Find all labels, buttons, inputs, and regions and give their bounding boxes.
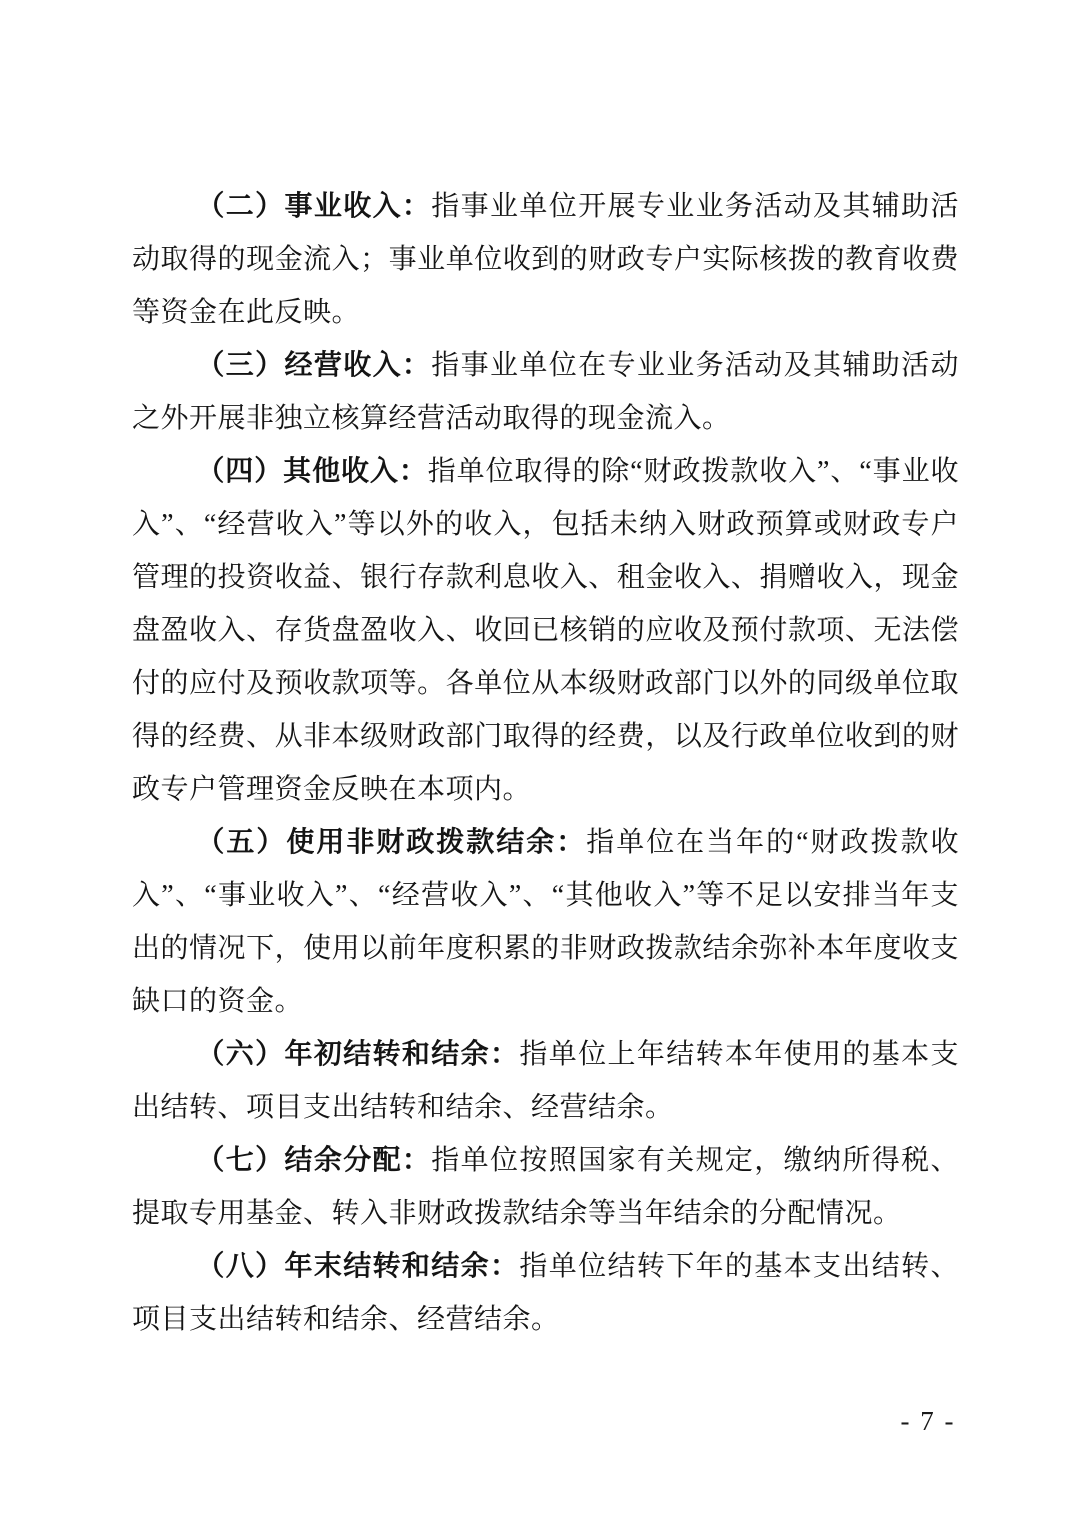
paragraph-heading: （七）结余分配：	[196, 1145, 431, 1176]
paragraph-item-3: （三）经营收入：指事业单位在专业业务活动及其辅助活动之外开展非独立核算经营活动取…	[132, 339, 959, 445]
paragraph-heading: （八）年末结转和结余：	[196, 1251, 519, 1282]
paragraph-heading: （三）经营收入：	[196, 350, 431, 381]
document-body: （二）事业收入：指事业单位开展专业业务活动及其辅助活动取得的现金流入；事业单位收…	[132, 180, 959, 1346]
paragraph-heading: （六）年初结转和结余：	[196, 1039, 519, 1070]
paragraph-item-5: （五）使用非财政拨款结余：指单位在当年的“财政拨款收入”、“事业收入”、“经营收…	[132, 816, 959, 1028]
paragraph-item-6: （六）年初结转和结余：指单位上年结转本年使用的基本支出结转、项目支出结转和结余、…	[132, 1028, 959, 1134]
paragraph-item-8: （八）年末结转和结余：指单位结转下年的基本支出结转、项目支出结转和结余、经营结余…	[132, 1240, 959, 1346]
paragraph-item-2: （二）事业收入：指事业单位开展专业业务活动及其辅助活动取得的现金流入；事业单位收…	[132, 180, 959, 339]
paragraph-heading: （五）使用非财政拨款结余：	[196, 827, 586, 858]
paragraph-text: 指单位取得的除“财政拨款收入”、“事业收入”、“经营收入”等以外的收入，包括未纳…	[132, 456, 959, 805]
paragraph-heading: （四）其他收入：	[196, 456, 427, 487]
paragraph-item-7: （七）结余分配：指单位按照国家有关规定，缴纳所得税、提取专用基金、转入非财政拨款…	[132, 1134, 959, 1240]
paragraph-heading: （二）事业收入：	[196, 191, 431, 222]
page-number: - 7 -	[888, 1406, 968, 1437]
document-page: （二）事业收入：指事业单位开展专业业务活动及其辅助活动取得的现金流入；事业单位收…	[0, 0, 1075, 1520]
paragraph-item-4: （四）其他收入：指单位取得的除“财政拨款收入”、“事业收入”、“经营收入”等以外…	[132, 445, 959, 816]
